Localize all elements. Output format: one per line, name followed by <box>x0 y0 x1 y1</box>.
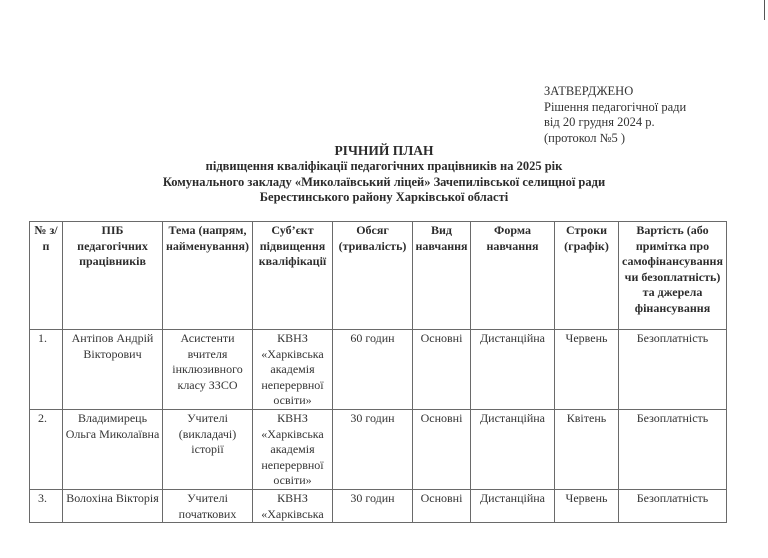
cell-number: 2. <box>30 409 63 489</box>
cell-topic: Асистенти вчителя інклюзивного класу ЗЗС… <box>163 330 253 410</box>
title-main: РІЧНИЙ ПЛАН <box>0 142 768 159</box>
training-plan-table: № з/п ПІБ педагогічних працівників Тема … <box>29 221 727 523</box>
cell-volume: 60 годин <box>333 330 413 410</box>
cell-type: Основні <box>413 330 471 410</box>
approval-stamp: ЗАТВЕРДЖЕНО Рішення педагогічної ради ві… <box>544 84 686 146</box>
cell-topic: Учителі початкових <box>163 489 253 522</box>
approval-decision: Рішення педагогічної ради <box>544 100 686 116</box>
cell-term: Червень <box>555 330 619 410</box>
table-row: 1. Антіпов Андрій Вікторович Асистенти в… <box>30 330 727 410</box>
title-line-1: підвищення кваліфікації педагогічних пра… <box>0 159 768 175</box>
approval-heading: ЗАТВЕРДЖЕНО <box>544 84 686 100</box>
cell-form: Дистанційна <box>471 330 555 410</box>
cell-type: Основні <box>413 489 471 522</box>
table-row: 3. Волохіна Вікторія Учителі початкових … <box>30 489 727 522</box>
document-title: РІЧНИЙ ПЛАН підвищення кваліфікації педа… <box>0 142 768 206</box>
cell-name: Антіпов Андрій Вікторович <box>63 330 163 410</box>
cell-form: Дистанційна <box>471 489 555 522</box>
cell-term: Квітень <box>555 409 619 489</box>
cell-volume: 30 годин <box>333 489 413 522</box>
cell-volume: 30 годин <box>333 409 413 489</box>
cell-topic: Учителі (викладачі) історії <box>163 409 253 489</box>
table-header-row: № з/п ПІБ педагогічних працівників Тема … <box>30 222 727 330</box>
cell-name: Волохіна Вікторія <box>63 489 163 522</box>
header-name: ПІБ педагогічних працівників <box>63 222 163 330</box>
header-provider: Суб’єкт підвищення кваліфікації <box>253 222 333 330</box>
header-form: Форма навчання <box>471 222 555 330</box>
cell-type: Основні <box>413 409 471 489</box>
cell-name: Владимирець Ольга Миколаївна <box>63 409 163 489</box>
header-cost: Вартість (або примітка про самофінансува… <box>619 222 727 330</box>
header-volume: Обсяг (тривалість) <box>333 222 413 330</box>
title-line-2: Комунального закладу «Миколаївський ліце… <box>0 175 768 191</box>
cell-cost: Безоплатність <box>619 489 727 522</box>
header-term: Строки (графік) <box>555 222 619 330</box>
cell-cost: Безоплатність <box>619 409 727 489</box>
scan-edge-artifact <box>764 0 765 20</box>
cell-form: Дистанційна <box>471 409 555 489</box>
cell-cost: Безоплатність <box>619 330 727 410</box>
cell-number: 3. <box>30 489 63 522</box>
table-row: 2. Владимирець Ольга Миколаївна Учителі … <box>30 409 727 489</box>
cell-provider: КВНЗ «Харківська <box>253 489 333 522</box>
cell-provider: КВНЗ «Харківська академія неперервної ос… <box>253 330 333 410</box>
cell-term: Червень <box>555 489 619 522</box>
header-number: № з/п <box>30 222 63 330</box>
header-type: Вид навчання <box>413 222 471 330</box>
approval-date: від 20 грудня 2024 р. <box>544 115 686 131</box>
title-line-3: Берестинського району Харківської област… <box>0 190 768 206</box>
header-topic: Тема (напрям, найменування) <box>163 222 253 330</box>
cell-provider: КВНЗ «Харківська академія неперервної ос… <box>253 409 333 489</box>
cell-number: 1. <box>30 330 63 410</box>
